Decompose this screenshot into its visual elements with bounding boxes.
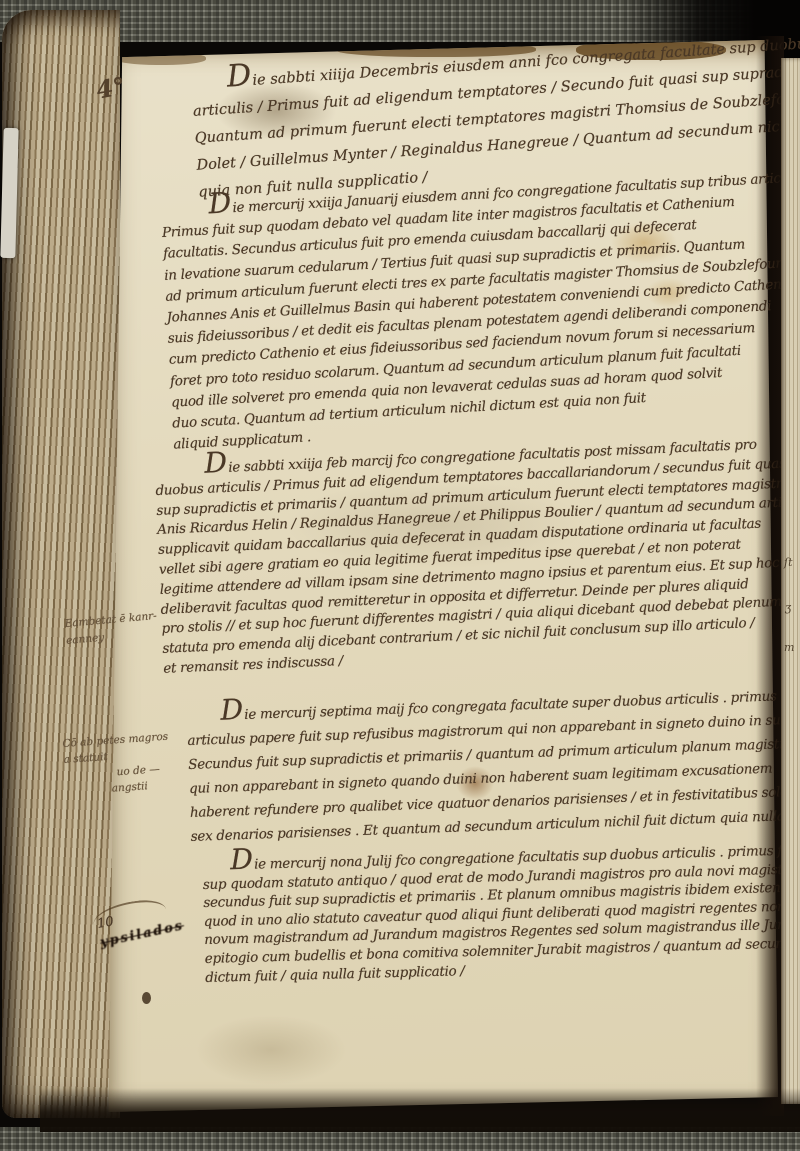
manuscript-photograph: 4° Die sabbti xiiija Decembris eiusdem a… (0, 0, 800, 1151)
book-gutter-shadow (756, 36, 784, 1116)
show-through-ink: m (784, 643, 794, 653)
page-edge-damage (116, 52, 206, 65)
manuscript-paragraph-4: Die mercurij septima maij fco congregata… (186, 673, 800, 849)
show-through-ink: ʒ (785, 603, 791, 613)
manuscript-paragraph-5: Die mercurij nona Julij fco congregation… (202, 835, 800, 987)
folio-number: 4° (94, 71, 127, 105)
manuscript-paragraph-3: Die sabbti xxiija feb marcij fco congreg… (154, 426, 800, 680)
show-through-ink: ſt (784, 558, 793, 568)
facing-page-edge: ſt ʒ m (781, 58, 800, 1104)
margin-note-2: Cō ab petes magrosa statuituo de —angsti… (62, 729, 172, 800)
manuscript-paragraph-2: Die mercurij xxiija Januarij eiusdem ann… (160, 161, 800, 456)
stain (142, 992, 151, 1004)
book-page-edges-left (2, 10, 120, 1118)
page-bottom-shadow (40, 1088, 800, 1132)
stain (196, 1015, 346, 1085)
